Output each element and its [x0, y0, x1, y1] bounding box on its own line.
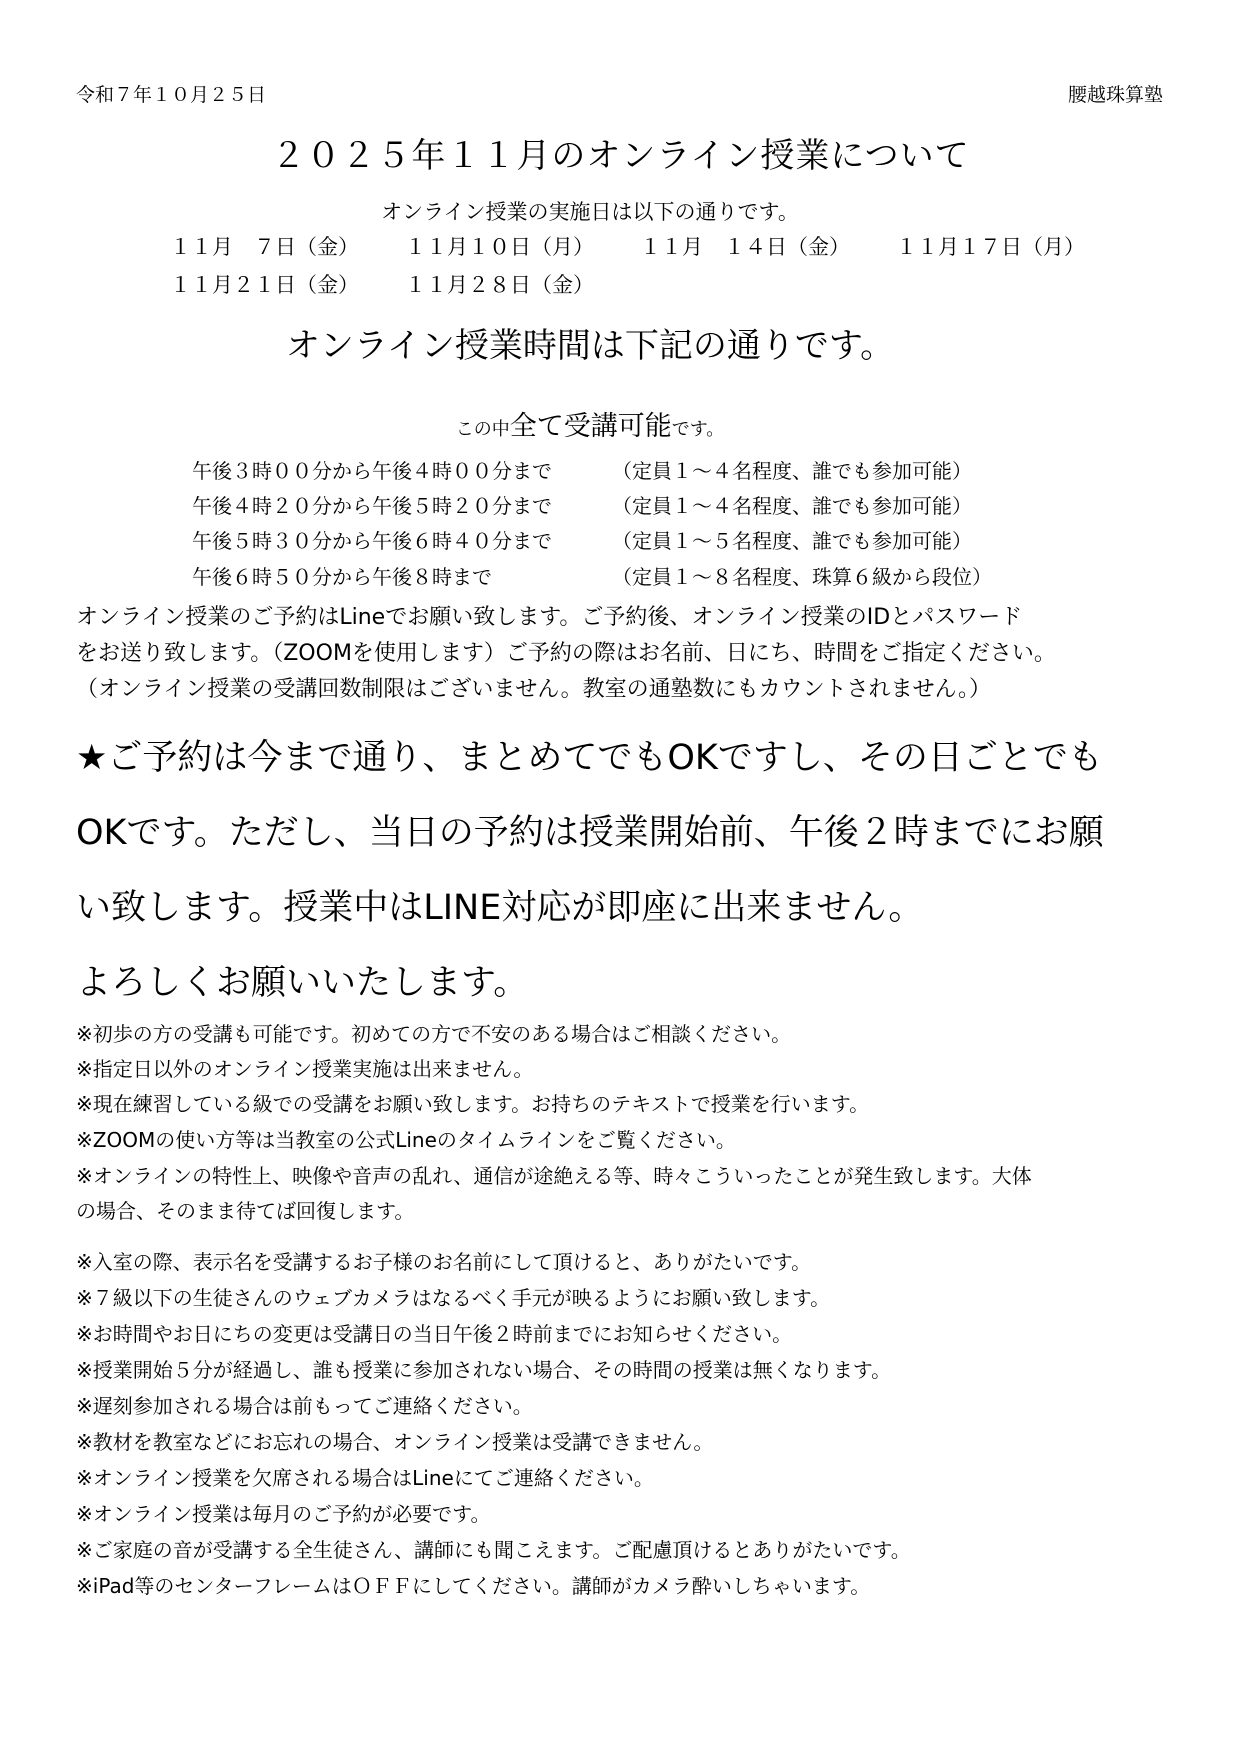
slot-time: 午後６時５０分から午後８時まで: [192, 561, 612, 590]
note-line: ※遅刻参加される場合は前もってご連絡ください。: [76, 1390, 533, 1419]
time-slot: 午後４時２０分から午後５時２０分まで （定員１～４名程度、誰でも参加可能）: [192, 490, 972, 519]
times-heading: オンライン授業時間は下記の通りです。: [0, 318, 1180, 367]
schedule-intro: オンライン授業の実施日は以下の通りです。: [0, 196, 1180, 226]
slot-note: （定員１～４名程度、誰でも参加可能）: [612, 490, 972, 519]
highlight-line: ★ご予約は今まで通り、まとめてでもOKですし、その日ごとでも: [76, 730, 1103, 780]
note-line: ※入室の際、表示名を受講するお子様のお名前にして頂けると、ありがたいです。: [76, 1246, 811, 1275]
slot-note: （定員１～５名程度、誰でも参加可能）: [612, 525, 972, 554]
slot-time: 午後５時３０分から午後６時４０分まで: [192, 525, 612, 554]
highlight-line: OKです。ただし、当日の予約は授業開始前、午後２時までにお願: [76, 805, 1104, 855]
all-available-note: この中全て受講可能です。: [0, 404, 1180, 443]
date-item: １１月 ７日（金）: [170, 231, 359, 261]
note-line: ※ZOOMの使い方等は当教室の公式Lineのタイムラインをご覧ください。: [76, 1124, 736, 1153]
note-line: ※オンライン授業を欠席される場合はLineにてご連絡ください。: [76, 1462, 654, 1491]
date-item: １１月２１日（金）: [170, 269, 359, 299]
note-line: ※教材を教室などにお忘れの場合、オンライン授業は受講できません。: [76, 1426, 713, 1455]
highlight-line: い致します。授業中はLINE対応が即座に出来ません。: [76, 880, 923, 930]
note-line: ※iPad等のセンターフレームはＯＦＦにしてください。講師がカメラ酔いしちゃいま…: [76, 1570, 870, 1599]
date-item: １１月１７日（月）: [896, 231, 1085, 261]
note-line: ※お時間やお日にちの変更は受講日の当日午後２時前までにお知らせください。: [76, 1318, 792, 1347]
note-line: ※７級以下の生徒さんのウェブカメラはなるべく手元が映るようにお願い致します。: [76, 1282, 830, 1311]
note-line: ※ご家庭の音が受講する全生徒さん、講師にも聞こえます。ご配慮頂けるとありがたいで…: [76, 1534, 911, 1563]
all-ok-suffix: です。: [672, 419, 725, 440]
note-line: ※授業開始５分が経過し、誰も授業に参加されない場合、その時間の授業は無くなります…: [76, 1354, 891, 1383]
note-line: ※オンライン授業は毎月のご予約が必要です。: [76, 1498, 491, 1527]
document-date: 令和７年１０月２５日: [76, 80, 266, 107]
slot-time: 午後４時２０分から午後５時２０分まで: [192, 490, 612, 519]
time-slot: 午後５時３０分から午後６時４０分まで （定員１～５名程度、誰でも参加可能）: [192, 525, 972, 554]
note-line: の場合、そのまま待てば回復します。: [76, 1195, 414, 1224]
document-title: ２０２５年１１月のオンライン授業について: [0, 128, 1241, 177]
all-ok-emphasis: 全て受講可能: [510, 411, 672, 442]
note-line: ※初歩の方の受講も可能です。初めての方で不安のある場合はご相談ください。: [76, 1018, 791, 1047]
time-slot: 午後６時５０分から午後８時まで （定員１～８名程度、珠算６級から段位）: [192, 561, 992, 590]
date-item: １１月１０日（月）: [405, 231, 594, 261]
slot-note: （定員１～８名程度、珠算６級から段位）: [612, 561, 992, 590]
dates-row-2: １１月２１日（金） １１月２８日（金）: [170, 269, 640, 299]
note-line: ※指定日以外のオンライン授業実施は出来ません。: [76, 1053, 533, 1082]
slot-time: 午後３時００分から午後４時００分まで: [192, 455, 612, 484]
dates-row-1: １１月 ７日（金） １１月１０日（月） １１月 １４日（金） １１月１７日（月）: [170, 231, 1131, 261]
slot-note: （定員１～４名程度、誰でも参加可能）: [612, 455, 972, 484]
date-item: １１月 １４日（金）: [640, 231, 850, 261]
reservation-line: をお送り致します。（ZOOMを使用します）ご予約の際はお名前、日にち、時間をご指…: [76, 636, 1056, 667]
date-item: １１月２８日（金）: [405, 269, 594, 299]
reservation-line: （オンライン授業の受講回数制限はございません。教室の通塾数にもカウントされません…: [76, 672, 991, 703]
organization-name: 腰越珠算塾: [1068, 80, 1163, 107]
reservation-line: オンライン授業のご予約はLineでお願い致します。ご予約後、オンライン授業のID…: [76, 600, 1022, 631]
highlight-line: よろしくお願いいたします。: [76, 955, 528, 1005]
note-line: ※オンラインの特性上、映像や音声の乱れ、通信が途絶える等、時々こういったことが発…: [76, 1160, 1032, 1189]
note-line: ※現在練習している級での受講をお願い致します。お持ちのテキストで授業を行います。: [76, 1088, 869, 1117]
all-ok-prefix: この中: [456, 419, 510, 440]
time-slot: 午後３時００分から午後４時００分まで （定員１～４名程度、誰でも参加可能）: [192, 455, 972, 484]
